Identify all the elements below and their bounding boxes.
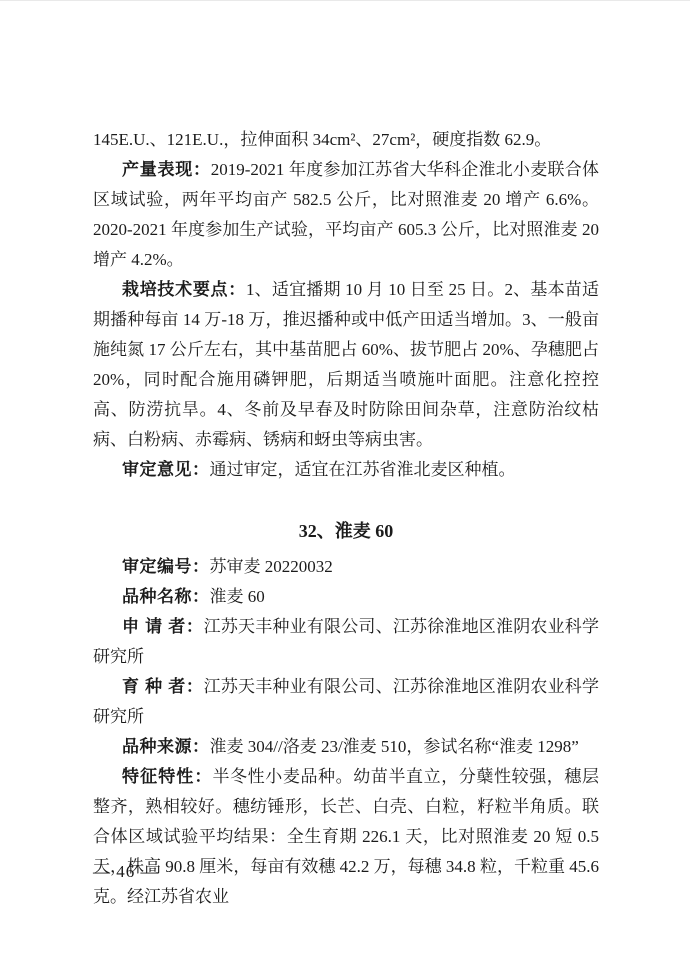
label-applicant: 申 请 者：: [122, 617, 204, 636]
paragraph-approval-opinion: 审定意见：通过审定，适宜在江苏省淮北麦区种植。: [93, 455, 599, 485]
label-variety-name: 品种名称：: [122, 587, 210, 606]
label-breeder: 育 种 者：: [122, 677, 204, 696]
text-variety-name: 淮麦 60: [210, 587, 265, 606]
page-number: — 46 —: [93, 857, 159, 887]
paragraph-variety-origin: 品种来源：淮麦 304//洛麦 23/淮麦 510，参试名称“淮麦 1298”: [93, 732, 599, 762]
text-approval-opinion: 通过审定，适宜在江苏省淮北麦区种植。: [210, 460, 516, 479]
label-cultivation-points: 栽培技术要点：: [122, 280, 246, 299]
paragraph-quality-continuation: 145E.U.、121E.U.，拉伸面积 34cm²、27cm²，硬度指数 62…: [93, 125, 599, 155]
text-approval-number: 苏审麦 20220032: [210, 557, 333, 576]
paragraph-approval-number: 审定编号：苏审麦 20220032: [93, 552, 599, 582]
paragraph-breeder: 育 种 者：江苏天丰种业有限公司、江苏徐淮地区淮阴农业科学研究所: [93, 672, 599, 732]
paragraph-characteristics: 特征特性：半冬性小麦品种。幼苗半直立，分蘖性较强，穗层整齐，熟相较好。穗纺锤形，…: [93, 762, 599, 912]
variety-section-heading: 32、淮麦 60: [93, 516, 599, 546]
text-variety-origin: 淮麦 304//洛麦 23/淮麦 510，参试名称“淮麦 1298”: [210, 737, 579, 756]
label-approval-number: 审定编号：: [122, 557, 210, 576]
label-approval-opinion: 审定意见：: [122, 460, 210, 479]
text-cultivation-points: 1、适宜播期 10 月 10 日至 25 日。2、基本苗适期播种每亩 14 万-…: [93, 280, 599, 449]
paragraph-yield-performance: 产量表现：2019-2021 年度参加江苏省大华科企淮北小麦联合体区域试验，两年…: [93, 155, 599, 275]
paragraph-cultivation-points: 栽培技术要点：1、适宜播期 10 月 10 日至 25 日。2、基本苗适期播种每…: [93, 275, 599, 455]
label-yield-performance: 产量表现：: [122, 160, 211, 179]
label-variety-origin: 品种来源：: [122, 737, 210, 756]
text-characteristics: 半冬性小麦品种。幼苗半直立，分蘖性较强，穗层整齐，熟相较好。穗纺锤形，长芒、白壳…: [93, 767, 599, 906]
document-body: 145E.U.、121E.U.，拉伸面积 34cm²、27cm²，硬度指数 62…: [93, 125, 599, 912]
label-characteristics: 特征特性：: [122, 767, 212, 786]
document-page: { "document": { "continuation_text": "14…: [0, 0, 690, 975]
paragraph-variety-name: 品种名称：淮麦 60: [93, 582, 599, 612]
paragraph-applicant: 申 请 者：江苏天丰种业有限公司、江苏徐淮地区淮阴农业科学研究所: [93, 612, 599, 672]
paragraph-text: 145E.U.、121E.U.，拉伸面积 34cm²、27cm²，硬度指数 62…: [93, 130, 551, 149]
